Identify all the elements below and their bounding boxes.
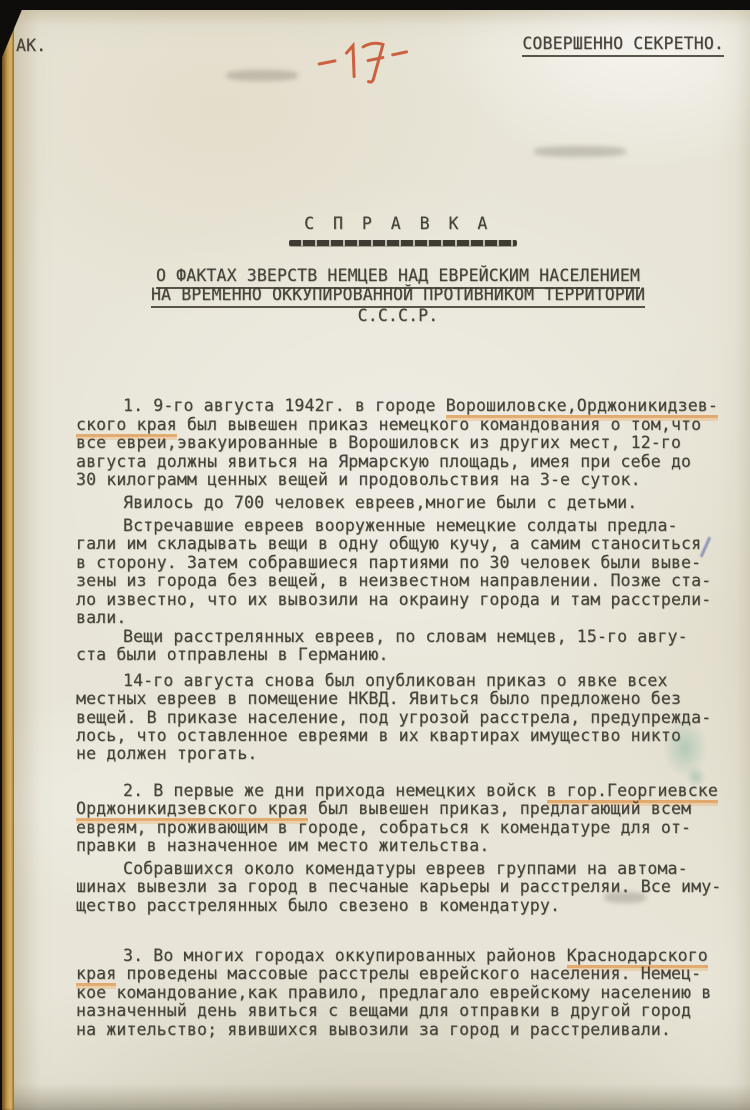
p3-line4: зены из города без вещей, в неизвестном … — [76, 571, 711, 590]
p4-line2: ста были отправлены в Германию. — [76, 645, 389, 664]
doc-subtitle-line-2: НА ВРЕМЕННО ОККУПИРОВАННОЙ ПРОТИВНИКОМ Т… — [76, 285, 720, 304]
underlined-voroshilovsk: Ворошиловске,Орджоникидзев- — [446, 396, 718, 415]
photo-background: { "document": { "header": { "corner_labe… — [0, 0, 750, 1110]
p6-line2: Орджоникидзевского края был вывешен прик… — [76, 799, 691, 818]
p4-line1: Вещи расстрелянных евреев, по словам нем… — [123, 627, 688, 646]
p1-line2: ского края был вывешен приказ немецкого … — [76, 415, 701, 434]
p6-line1: 2. В первые же дни прихода немецких войс… — [123, 781, 718, 800]
underlined-ordzhonikidze-krai: Орджоникидзевского края — [76, 799, 308, 818]
p3-line3: в сторону. Затем собравшиеся партиями по… — [76, 553, 701, 572]
p7-line1: Собравшихся около комендатуры евреев гру… — [123, 859, 688, 878]
p5-line1: 14-го августа снова был опубликован прик… — [123, 671, 668, 690]
corner-label: АК. — [16, 36, 46, 55]
doc-subtitle-line-3: С.С.С.Р. — [76, 306, 720, 325]
p8-line1: 3. Во многих городах оккупированных райо… — [123, 946, 708, 965]
underlined-krai: ского края — [76, 415, 177, 434]
p8-line2-text: проведены массовые расстрелы еврейского … — [116, 964, 701, 983]
classification-stamp: СОВЕРШЕННО СЕКРЕТНО. — [522, 34, 724, 57]
p8-line1-text: 3. Во многих городах оккупированных райо… — [123, 946, 567, 965]
document-page: АК. СОВЕРШЕННО СЕКРЕТНО. С П Р А В К А О… — [14, 10, 750, 1110]
ink-bleed-smudge-top-right — [534, 146, 626, 157]
underlined-krasnodar: Краснодарского — [567, 946, 708, 965]
ink-bleed-smudge-top-left — [226, 70, 298, 81]
p2-line1: Явилось до 700 человек евреев,многие был… — [123, 493, 637, 512]
underlined-krasnodar-krai: края — [76, 964, 116, 983]
p6-line1-text: 2. В первые же дни прихода немецких войс… — [123, 781, 547, 800]
ink-bleed-smudge-middle — [604, 892, 646, 903]
p7-line3: щество расстрелянных было свезено в коме… — [76, 896, 560, 915]
p5-line2: местных евреев в помещение НКВД. Явиться… — [76, 689, 681, 708]
green-stain-small — [686, 766, 706, 788]
p3-line2: гали им складывать вещи в одну общую куч… — [76, 534, 701, 553]
p1-line3: все евреи,эвакуированные в Ворошиловск и… — [76, 433, 681, 452]
page-bottom-edge — [14, 1084, 750, 1110]
p5-line3: вещей. В приказе население, под угрозой … — [76, 708, 711, 727]
p8-line3: кое командование,как правило, предлагало… — [76, 983, 711, 1002]
blue-pen-mark — [700, 536, 712, 557]
p8-line5: на жительство; явившихся вывозили за гор… — [76, 1020, 671, 1039]
p3-line5: ло известно, что их вывозили на окраину … — [76, 590, 711, 609]
p1-line1: 1. 9-го августа 1942г. в городе Ворошило… — [123, 396, 718, 415]
handwritten-page-number — [312, 31, 411, 90]
p1-line5: 30 килограмм ценных вещей и продовольств… — [76, 470, 641, 489]
p6-line3: евреям, проживающим в городе, собраться … — [76, 818, 691, 837]
title-underline — [289, 240, 517, 246]
p8-line4: назначенный день явиться с вещами для от… — [76, 1001, 691, 1020]
doc-subtitle-line-1: О ФАКТАХ ЗВЕРСТВ НЕМЦЕВ НАД ЕВРЕЙСКИМ НА… — [76, 266, 720, 285]
p6-line2-text: был вывешен приказ, предлагающий всем — [308, 799, 691, 818]
p1-line1-text: 1. 9-го августа 1942г. в городе — [123, 396, 446, 415]
p3-line6: вали. — [76, 608, 126, 627]
p3-line1: Встречавшие евреев вооруженные немецкие … — [123, 516, 678, 535]
doc-title: С П Р А В К А — [76, 214, 720, 233]
p1-line4: августа должны явиться на Ярмарскую площ… — [76, 452, 691, 471]
subtitle-text-2: НА ВРЕМЕННО ОККУПИРОВАННОЙ ПРОТИВНИКОМ Т… — [151, 285, 645, 308]
p6-line4: правки в назначенное им место жительства… — [76, 836, 489, 855]
p1-line2-text: был вывешен приказ немецкого командовани… — [177, 415, 701, 434]
p5-line4: лось, что оставленное евреями в их кварт… — [76, 726, 681, 745]
p5-line5: не должен трогать. — [76, 744, 258, 763]
p8-line2: края проведены массовые расстрелы еврейс… — [76, 964, 701, 983]
